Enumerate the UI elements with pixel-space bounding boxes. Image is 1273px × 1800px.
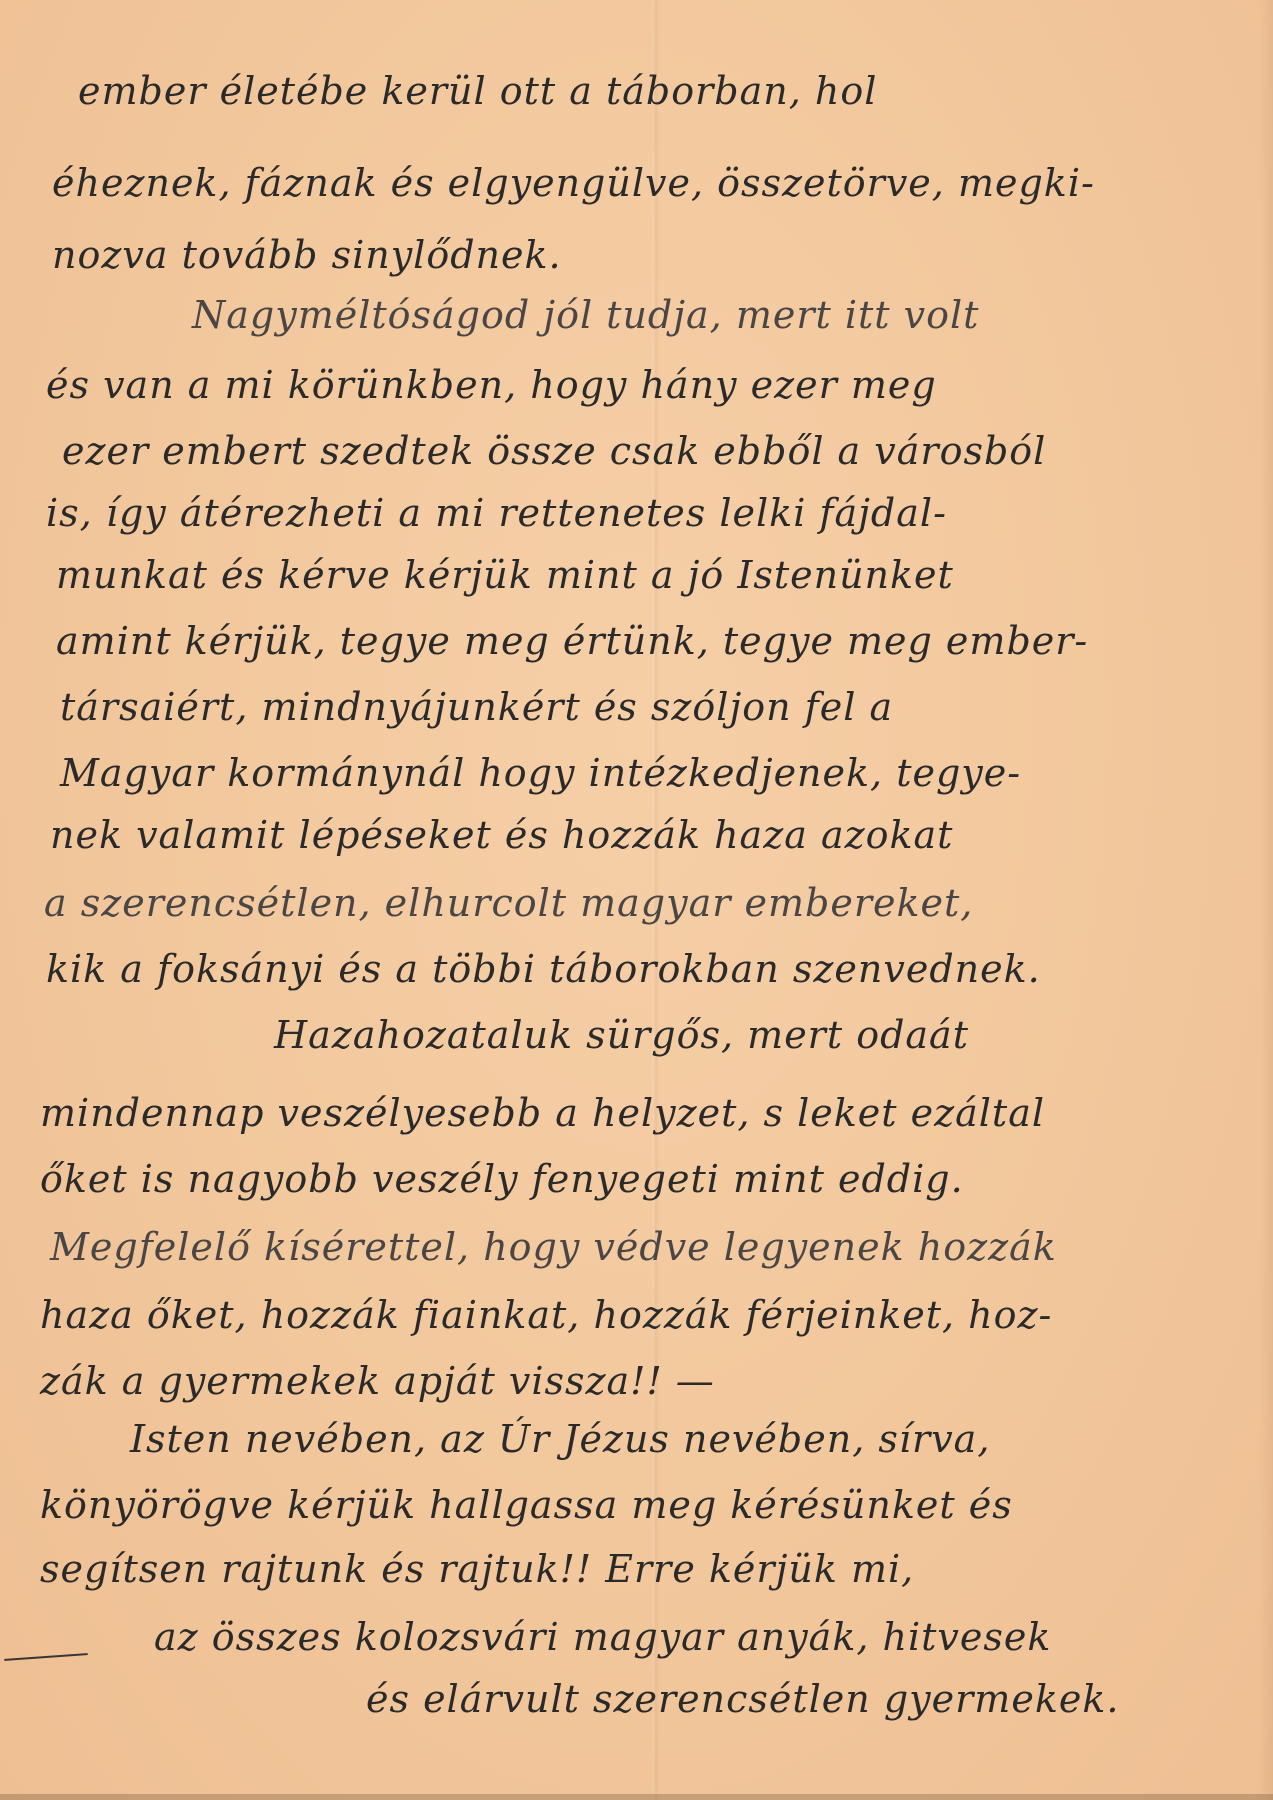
paper-bottom-edge bbox=[0, 1794, 1273, 1800]
letter-line-7: is, így átérezheti a mi rettenetes lelki… bbox=[46, 494, 947, 532]
letter-line-5: és van a mi körünkben, hogy hány ezer me… bbox=[46, 366, 937, 404]
letter-line-11: Magyar kormánynál hogy intézkedjenek, te… bbox=[60, 754, 1021, 792]
paper-right-edge-shadow bbox=[1259, 0, 1273, 1800]
letter-line-21: Isten nevében, az Úr Jézus nevében, sírv… bbox=[130, 1420, 990, 1458]
letter-line-4: Nagyméltóságod jól tudja, mert itt volt bbox=[192, 296, 979, 334]
letter-line-13: a szerencsétlen, elhurcolt magyar embere… bbox=[44, 884, 973, 922]
letter-line-23: segítsen rajtunk és rajtuk!! Erre kérjük… bbox=[40, 1550, 914, 1588]
letter-line-20: zák a gyermekek apját vissza!! — bbox=[40, 1362, 715, 1400]
letter-line-16: mindennap veszélyesebb a helyzet, s leke… bbox=[40, 1094, 1045, 1132]
letter-line-10: társaiért, mindnyájunkért és szóljon fel… bbox=[60, 688, 893, 726]
letter-line-18: Megfelelő kísérettel, hogy védve legyene… bbox=[50, 1228, 1057, 1266]
letter-line-15: Hazahozataluk sürgős, mert odaát bbox=[274, 1016, 969, 1054]
letter-line-17: őket is nagyobb veszély fenyegeti mint e… bbox=[40, 1160, 964, 1198]
letter-line-6: ezer embert szedtek össze csak ebből a v… bbox=[62, 432, 1046, 470]
letter-line-12: nek valamit lépéseket és hozzák haza azo… bbox=[50, 816, 953, 854]
letter-line-8: munkat és kérve kérjük mint a jó Istenün… bbox=[56, 556, 954, 594]
letter-line-22: könyörögve kérjük hallgassa meg kérésünk… bbox=[40, 1486, 1013, 1524]
signature-line-2: és elárvult szerencsétlen gyermekek. bbox=[366, 1680, 1119, 1718]
signature-line-1: az összes kolozsvári magyar anyák, hitve… bbox=[154, 1618, 1051, 1656]
letter-line-3: nozva tovább sinylődnek. bbox=[52, 236, 562, 274]
letter-line-9: amint kérjük, tegye meg értünk, tegye me… bbox=[56, 622, 1088, 660]
letter-line-19: haza őket, hozzák fiainkat, hozzák férje… bbox=[40, 1296, 1052, 1334]
letter-line-1: ember életébe kerül ott a táborban, hol bbox=[78, 72, 877, 110]
letter-line-2: éheznek, fáznak és elgyengülve, összetör… bbox=[52, 164, 1095, 202]
letter-line-14: kik a foksányi és a többi táborokban sze… bbox=[46, 950, 1041, 988]
